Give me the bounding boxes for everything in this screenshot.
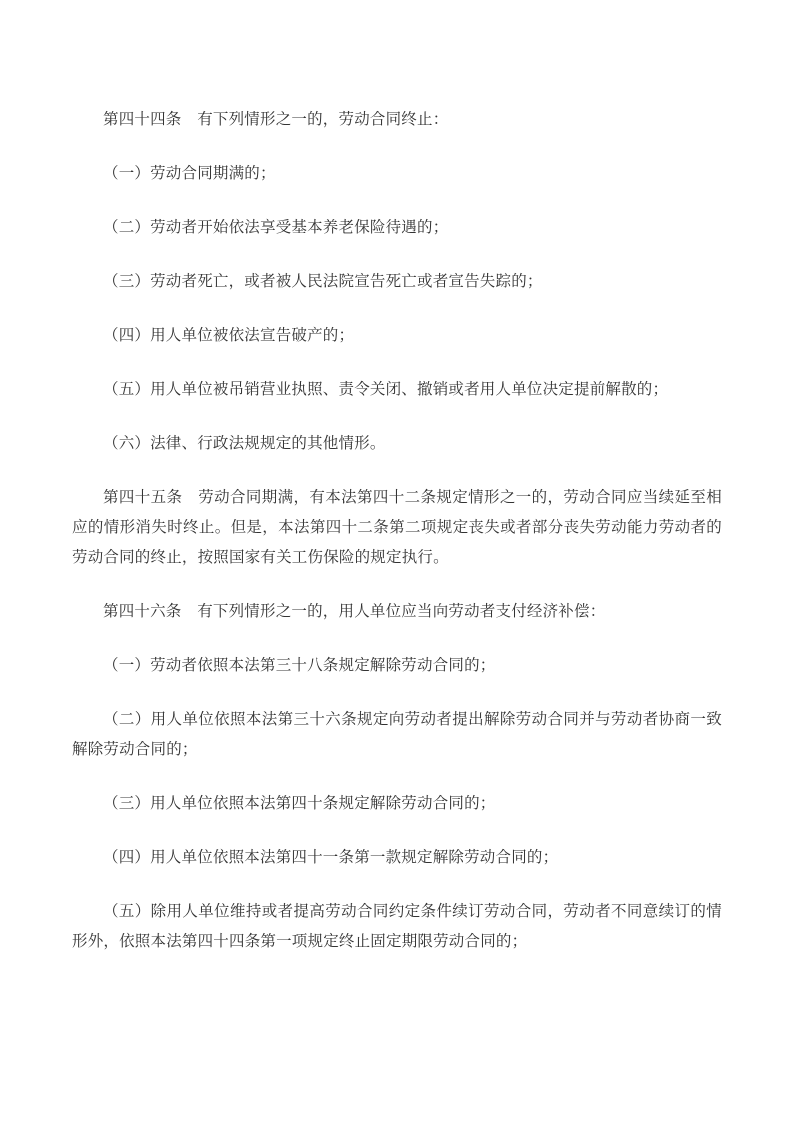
article-46-item-5: （五）除用人单位维持或者提高劳动合同约定条件续订劳动合同，劳动者不同意续订的情形… [72,896,722,956]
article-46-item-1: （一）劳动者依照本法第三十八条规定解除劳动合同的； [72,650,722,680]
article-44-item-2: （二）劳动者开始依法享受基本养老保险待遇的； [72,212,722,242]
article-44-item-1: （一）劳动合同期满的； [72,158,722,188]
article-44-item-4: （四）用人单位被依法宣告破产的； [72,320,722,350]
article-44-heading: 第四十四条 有下列情形之一的，劳动合同终止： [72,104,722,134]
article-46-item-4: （四）用人单位依照本法第四十一条第一款规定解除劳动合同的； [72,842,722,872]
article-46-item-2: （二）用人单位依照本法第三十六条规定向劳动者提出解除劳动合同并与劳动者协商一致解… [72,704,722,764]
article-46-heading: 第四十六条 有下列情形之一的，用人单位应当向劳动者支付经济补偿： [72,596,722,626]
article-46-item-3: （三）用人单位依照本法第四十条规定解除劳动合同的； [72,788,722,818]
article-44-item-6: （六）法律、行政法规规定的其他情形。 [72,428,722,458]
article-44-item-5: （五）用人单位被吊销营业执照、责令关闭、撤销或者用人单位决定提前解散的； [72,374,722,404]
article-45-paragraph: 第四十五条 劳动合同期满，有本法第四十二条规定情形之一的，劳动合同应当续延至相应… [72,482,722,572]
article-44-item-3: （三）劳动者死亡，或者被人民法院宣告死亡或者宣告失踪的； [72,266,722,296]
document-page: 第四十四条 有下列情形之一的，劳动合同终止： （一）劳动合同期满的； （二）劳动… [72,104,722,980]
